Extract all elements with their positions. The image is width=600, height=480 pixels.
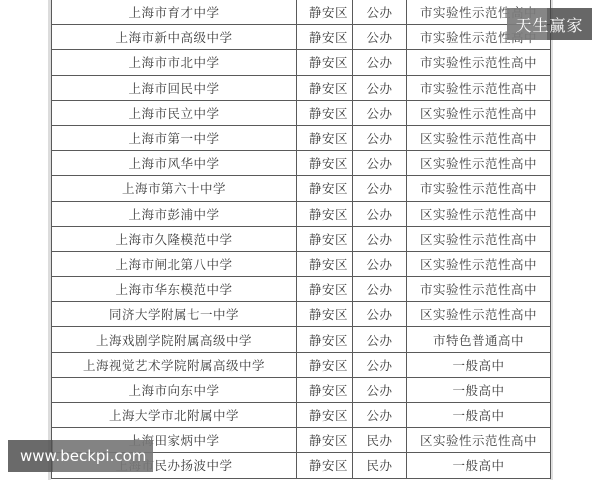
school-category-cell: 区实验性示范性高中 — [407, 226, 551, 251]
school-name-cell: 上海市育才中学 — [52, 0, 297, 25]
school-category-cell: 市实验性示范性高中 — [407, 176, 551, 201]
table-row: 上海市风华中学静安区公办区实验性示范性高中 — [52, 151, 551, 176]
school-name-cell: 上海大学市北附属中学 — [52, 403, 297, 428]
district-cell: 静安区 — [297, 453, 353, 478]
watermark-bottom-text: www.beckpi.com — [20, 447, 146, 465]
school-category-cell: 市实验性示范性高中 — [407, 75, 551, 100]
district-cell: 静安区 — [297, 151, 353, 176]
district-cell: 静安区 — [297, 302, 353, 327]
ownership-type-cell: 公办 — [353, 125, 407, 150]
school-category-cell: 市实验性示范性高中 — [407, 50, 551, 75]
school-category-cell: 区实验性示范性高中 — [407, 251, 551, 276]
table-row: 上海视觉艺术学院附属高级中学静安区公办一般高中 — [52, 352, 551, 377]
district-cell: 静安区 — [297, 327, 353, 352]
ownership-type-cell: 民办 — [353, 428, 407, 453]
district-cell: 静安区 — [297, 377, 353, 402]
school-name-cell: 上海市彭浦中学 — [52, 201, 297, 226]
school-name-cell: 上海市民立中学 — [52, 100, 297, 125]
ownership-type-cell: 公办 — [353, 176, 407, 201]
ownership-type-cell: 公办 — [353, 100, 407, 125]
school-category-cell: 市实验性示范性高中 — [407, 277, 551, 302]
district-cell: 静安区 — [297, 428, 353, 453]
school-name-cell: 上海市第六十中学 — [52, 176, 297, 201]
table-row: 上海市彭浦中学静安区公办区实验性示范性高中 — [52, 201, 551, 226]
district-cell: 静安区 — [297, 0, 353, 25]
district-cell: 静安区 — [297, 403, 353, 428]
district-cell: 静安区 — [297, 75, 353, 100]
table-row: 上海市回民中学静安区公办市实验性示范性高中 — [52, 75, 551, 100]
school-name-cell: 上海戏剧学院附属高级中学 — [52, 327, 297, 352]
school-category-cell: 区实验性示范性高中 — [407, 428, 551, 453]
school-name-cell: 上海市回民中学 — [52, 75, 297, 100]
school-name-cell: 上海市向东中学 — [52, 377, 297, 402]
school-name-cell: 上海市市北中学 — [52, 50, 297, 75]
school-category-cell: 区实验性示范性高中 — [407, 100, 551, 125]
school-category-cell: 市特色普通高中 — [407, 327, 551, 352]
district-cell: 静安区 — [297, 277, 353, 302]
table-row: 上海市第六十中学静安区公办市实验性示范性高中 — [52, 176, 551, 201]
school-name-cell: 上海市风华中学 — [52, 151, 297, 176]
district-cell: 静安区 — [297, 50, 353, 75]
school-name-cell: 上海市华东模范中学 — [52, 277, 297, 302]
school-category-cell: 一般高中 — [407, 403, 551, 428]
district-cell: 静安区 — [297, 251, 353, 276]
ownership-type-cell: 公办 — [353, 151, 407, 176]
table-row: 上海市华东模范中学静安区公办市实验性示范性高中 — [52, 277, 551, 302]
ownership-type-cell: 民办 — [353, 453, 407, 478]
ownership-type-cell: 公办 — [353, 251, 407, 276]
district-cell: 静安区 — [297, 176, 353, 201]
school-category-cell: 一般高中 — [407, 453, 551, 478]
school-category-cell: 一般高中 — [407, 352, 551, 377]
table-row: 上海市新中高级中学静安区公办市实验性示范性高中 — [52, 25, 551, 50]
table-row: 上海市民立中学静安区公办区实验性示范性高中 — [52, 100, 551, 125]
ownership-type-cell: 公办 — [353, 302, 407, 327]
district-cell: 静安区 — [297, 25, 353, 50]
table-row: 同济大学附属七一中学静安区公办区实验性示范性高中 — [52, 302, 551, 327]
watermark-bottom-left: www.beckpi.com — [8, 440, 153, 472]
district-cell: 静安区 — [297, 125, 353, 150]
ownership-type-cell: 公办 — [353, 226, 407, 251]
table-row: 上海市育才中学静安区公办市实验性示范性高中 — [52, 0, 551, 25]
district-cell: 静安区 — [297, 352, 353, 377]
watermark-top-text: 天生赢家 — [515, 13, 583, 36]
table-row: 上海大学市北附属中学静安区公办一般高中 — [52, 403, 551, 428]
school-name-cell: 同济大学附属七一中学 — [52, 302, 297, 327]
district-cell: 静安区 — [297, 226, 353, 251]
ownership-type-cell: 公办 — [353, 327, 407, 352]
school-category-cell: 区实验性示范性高中 — [407, 125, 551, 150]
district-cell: 静安区 — [297, 100, 353, 125]
school-name-cell: 上海市第一中学 — [52, 125, 297, 150]
school-category-cell: 区实验性示范性高中 — [407, 201, 551, 226]
school-name-cell: 上海市久隆模范中学 — [52, 226, 297, 251]
ownership-type-cell: 公办 — [353, 277, 407, 302]
table-row: 上海市闸北第八中学静安区公办区实验性示范性高中 — [52, 251, 551, 276]
ownership-type-cell: 公办 — [353, 377, 407, 402]
school-name-cell: 上海市闸北第八中学 — [52, 251, 297, 276]
ownership-type-cell: 公办 — [353, 25, 407, 50]
school-table-body: 上海市育才中学静安区公办市实验性示范性高中上海市新中高级中学静安区公办市实验性示… — [52, 0, 551, 478]
school-category-cell: 一般高中 — [407, 377, 551, 402]
table-row: 上海市第一中学静安区公办区实验性示范性高中 — [52, 125, 551, 150]
ownership-type-cell: 公办 — [353, 50, 407, 75]
watermark-top-right: 天生赢家 — [507, 8, 592, 40]
ownership-type-cell: 公办 — [353, 352, 407, 377]
school-category-cell: 区实验性示范性高中 — [407, 302, 551, 327]
ownership-type-cell: 公办 — [353, 201, 407, 226]
table-row: 上海市久隆模范中学静安区公办区实验性示范性高中 — [52, 226, 551, 251]
school-category-cell: 区实验性示范性高中 — [407, 151, 551, 176]
table-row: 上海市向东中学静安区公办一般高中 — [52, 377, 551, 402]
school-name-cell: 上海视觉艺术学院附属高级中学 — [52, 352, 297, 377]
school-name-cell: 上海市新中高级中学 — [52, 25, 297, 50]
table-row: 上海戏剧学院附属高级中学静安区公办市特色普通高中 — [52, 327, 551, 352]
school-list-table: 上海市育才中学静安区公办市实验性示范性高中上海市新中高级中学静安区公办市实验性示… — [51, 0, 551, 479]
ownership-type-cell: 公办 — [353, 403, 407, 428]
district-cell: 静安区 — [297, 201, 353, 226]
ownership-type-cell: 公办 — [353, 0, 407, 25]
table-row: 上海市市北中学静安区公办市实验性示范性高中 — [52, 50, 551, 75]
ownership-type-cell: 公办 — [353, 75, 407, 100]
